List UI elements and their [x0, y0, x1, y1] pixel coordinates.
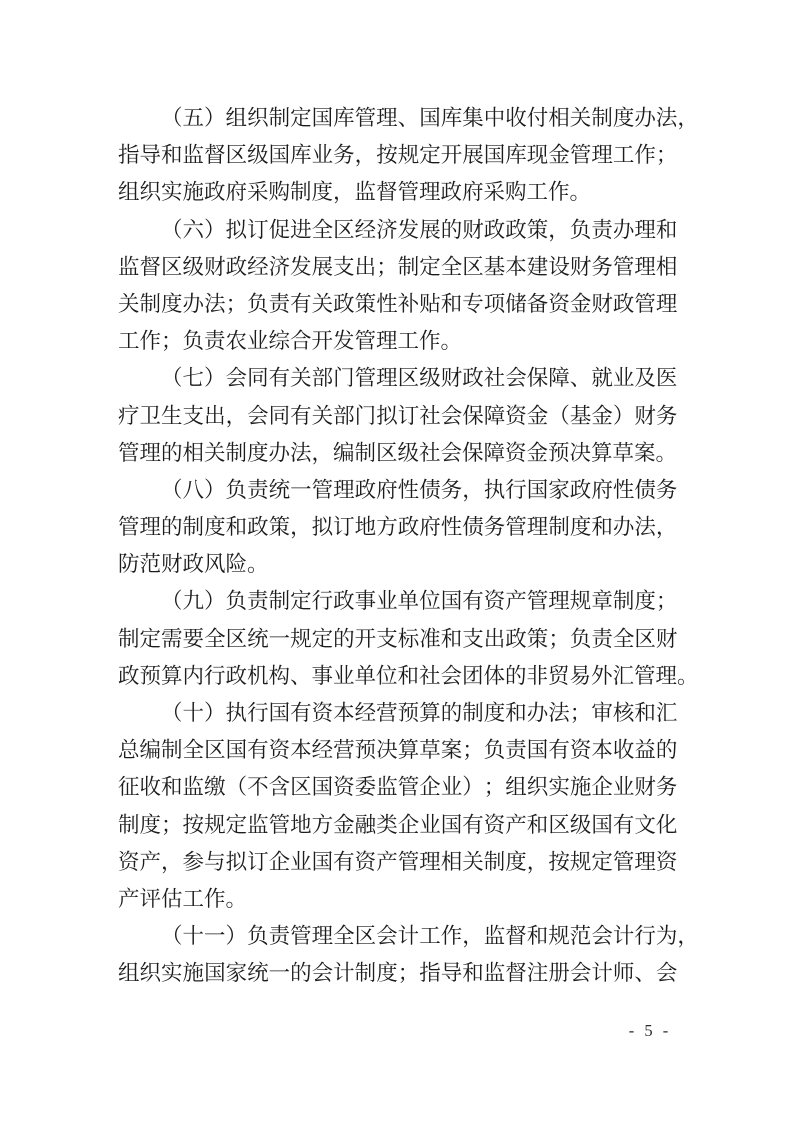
glyph: ； — [161, 807, 183, 844]
glyph: 促 — [269, 212, 291, 249]
glyph: 生 — [161, 398, 183, 435]
glyph: 作 — [441, 918, 463, 955]
glyph: 监 — [247, 807, 269, 844]
glyph: 业 — [613, 360, 635, 397]
glyph: 会 — [505, 360, 527, 397]
glyph: 区 — [634, 621, 656, 658]
glyph: ； — [398, 955, 420, 992]
glyph: 和 — [462, 955, 484, 992]
glyph: 负 — [226, 583, 248, 620]
glyph: 社 — [419, 398, 441, 435]
glyph: ， — [548, 212, 570, 249]
glyph: 执 — [484, 472, 506, 509]
glyph: 编 — [140, 732, 162, 769]
glyph: 级 — [183, 249, 205, 286]
glyph: 政 — [505, 621, 527, 658]
glyph: 有 — [290, 286, 312, 323]
glyph: 债 — [462, 509, 484, 546]
paragraph: （十）执行国有资本经营预算的制度和办法；审核和汇总编制全区国有资本经营预决算草案… — [118, 695, 676, 918]
glyph: 办 — [183, 286, 205, 323]
glyph: 及 — [634, 360, 656, 397]
glyph: 理 — [312, 918, 334, 955]
glyph: （ — [161, 472, 183, 509]
glyph: ； — [548, 621, 570, 658]
glyph: 理 — [527, 509, 549, 546]
glyph: 区 — [548, 807, 570, 844]
glyph: 负 — [247, 918, 269, 955]
glyph: 一 — [290, 472, 312, 509]
glyph: 全 — [441, 249, 463, 286]
glyph: 政 — [484, 212, 506, 249]
text-line: 政预算内行政机构、事业单位和社会团体的非贸易外汇管理。 — [118, 658, 676, 695]
glyph: 责 — [247, 472, 269, 509]
glyph: 八 — [183, 472, 205, 509]
glyph: 产 — [505, 807, 527, 844]
glyph: 区 — [290, 769, 312, 806]
glyph: 策 — [527, 621, 549, 658]
glyph: 国 — [312, 769, 334, 806]
page-number: - 5 - — [612, 1020, 688, 1042]
glyph: 会 — [226, 360, 248, 397]
glyph: 国 — [527, 472, 549, 509]
glyph: 政 — [333, 583, 355, 620]
glyph: ； — [570, 695, 592, 732]
glyph: 财 — [591, 286, 613, 323]
document-page: （五）组织制定国库管理、国库集中收付相关制度办法，指导和监督区级国库业务，按规定… — [0, 0, 793, 1122]
glyph: 国 — [204, 955, 226, 992]
glyph: 和 — [505, 695, 527, 732]
glyph: 保 — [462, 398, 484, 435]
glyph: 性 — [613, 472, 635, 509]
glyph: （ — [161, 695, 183, 732]
glyph: 规 — [398, 137, 420, 174]
glyph: 定 — [419, 137, 441, 174]
glyph: 督 — [505, 955, 527, 992]
glyph: 会 — [312, 955, 334, 992]
text-line: 产评估工作。 — [118, 881, 676, 918]
glyph: 级 — [247, 137, 269, 174]
glyph: 文 — [634, 807, 656, 844]
glyph: 责 — [247, 583, 269, 620]
glyph: 算 — [419, 695, 441, 732]
glyph: 行 — [247, 695, 269, 732]
glyph: 展 — [312, 249, 334, 286]
glyph: 九 — [183, 583, 205, 620]
glyph: 参 — [183, 844, 205, 881]
glyph: 章 — [591, 583, 613, 620]
glyph: 关 — [312, 286, 334, 323]
glyph: 府 — [376, 472, 398, 509]
glyph: 管 — [613, 844, 635, 881]
glyph: 务 — [484, 509, 506, 546]
glyph: 、 — [634, 955, 656, 992]
text-line: 总编制全区国有资本经营预决算草案；负责国有资本收益的 — [118, 732, 676, 769]
glyph: 国 — [419, 100, 441, 137]
glyph: 按 — [183, 807, 205, 844]
glyph: 相 — [656, 249, 678, 286]
glyph: 财 — [441, 360, 463, 397]
glyph: 进 — [290, 212, 312, 249]
glyph: 设 — [548, 249, 570, 286]
glyph: 本 — [290, 732, 312, 769]
glyph: 财 — [570, 249, 592, 286]
glyph: 位 — [419, 583, 441, 620]
glyph: 府 — [419, 509, 441, 546]
glyph: 五 — [183, 100, 205, 137]
glyph: 有 — [462, 807, 484, 844]
glyph: 业 — [441, 769, 463, 806]
glyph: 十 — [183, 695, 205, 732]
glyph: 和 — [226, 509, 248, 546]
glyph: 资 — [484, 583, 506, 620]
glyph: 制 — [118, 807, 140, 844]
glyph: 疗 — [118, 398, 140, 435]
glyph: 贴 — [419, 286, 441, 323]
glyph: 有 — [613, 807, 635, 844]
glyph: 济 — [269, 249, 291, 286]
text-line: 制定需要全区统一规定的开支标准和支出政策；负责全区财 — [118, 621, 676, 658]
glyph: 度 — [140, 807, 162, 844]
glyph: 统 — [247, 955, 269, 992]
glyph: 一 — [204, 918, 226, 955]
glyph: ， — [677, 918, 699, 955]
glyph: 国 — [441, 583, 463, 620]
glyph: 制 — [548, 509, 570, 546]
glyph: 的 — [441, 212, 463, 249]
glyph: 策 — [355, 286, 377, 323]
glyph: 企 — [269, 844, 291, 881]
glyph: 资 — [333, 769, 355, 806]
text-line: 组织实施国家统一的会计制度；指导和监督注册会计师、会 — [118, 955, 676, 992]
glyph: 织 — [247, 100, 269, 137]
glyph: 有 — [290, 398, 312, 435]
glyph: 备 — [527, 286, 549, 323]
glyph: ， — [462, 472, 484, 509]
glyph: 金 — [548, 137, 570, 174]
text-line: 指导和监督区级国库业务，按规定开展国库现金管理工作； — [118, 137, 676, 174]
glyph: 六 — [183, 212, 205, 249]
glyph: 资 — [118, 844, 140, 881]
glyph: 融 — [355, 807, 377, 844]
glyph: 金 — [527, 398, 549, 435]
glyph: 务 — [591, 249, 613, 286]
glyph: 和 — [527, 807, 549, 844]
glyph: 施 — [570, 769, 592, 806]
glyph: 指 — [118, 137, 140, 174]
glyph: 制 — [269, 583, 291, 620]
glyph: 度 — [484, 695, 506, 732]
glyph: 度 — [613, 100, 635, 137]
glyph: 度 — [161, 286, 183, 323]
glyph: 关 — [570, 100, 592, 137]
glyph: 执 — [226, 695, 248, 732]
glyph: 集 — [462, 100, 484, 137]
glyph: 导 — [140, 137, 162, 174]
glyph: （ — [161, 212, 183, 249]
glyph: 务 — [656, 398, 678, 435]
glyph: 一 — [269, 621, 291, 658]
glyph: ， — [527, 844, 549, 881]
glyph: 关 — [312, 398, 334, 435]
glyph: ， — [677, 100, 699, 137]
glyph: 收 — [505, 100, 527, 137]
glyph: 全 — [613, 621, 635, 658]
glyph: 和 — [161, 769, 183, 806]
glyph: 监 — [183, 137, 205, 174]
glyph: 织 — [527, 769, 549, 806]
glyph: 资 — [656, 844, 678, 881]
glyph: 师 — [613, 955, 635, 992]
glyph: 本 — [591, 732, 613, 769]
glyph: 国 — [226, 732, 248, 769]
glyph: 国 — [312, 844, 334, 881]
glyph: 收 — [140, 769, 162, 806]
glyph: 法 — [634, 509, 656, 546]
glyph: （ — [161, 100, 183, 137]
glyph: 监 — [376, 769, 398, 806]
glyph: 政 — [247, 509, 269, 546]
glyph: 按 — [376, 137, 398, 174]
glyph: 案 — [441, 732, 463, 769]
glyph: 管 — [527, 583, 549, 620]
glyph: 管 — [398, 844, 420, 881]
glyph: 责 — [269, 918, 291, 955]
glyph: 出 — [204, 398, 226, 435]
text-line: （六）拟订促进全区经济发展的财政政策，负责办理和 — [118, 212, 676, 249]
glyph: 企 — [591, 769, 613, 806]
glyph: 本 — [333, 695, 355, 732]
glyph: 决 — [376, 732, 398, 769]
glyph: 基 — [484, 249, 506, 286]
glyph: 化 — [656, 807, 678, 844]
glyph: 行 — [634, 918, 656, 955]
glyph: 项 — [484, 286, 506, 323]
glyph: 范 — [570, 918, 592, 955]
text-line: （八）负责统一管理政府性债务，执行国家政府性债务 — [118, 472, 676, 509]
glyph: 需 — [161, 621, 183, 658]
glyph: 财 — [204, 249, 226, 286]
glyph: 要 — [183, 621, 205, 658]
glyph: 拟 — [226, 212, 248, 249]
glyph: 障 — [548, 360, 570, 397]
glyph: 管 — [398, 769, 420, 806]
text-line: 监督区级财政经济发展支出；制定全区基本建设财务管理相 — [118, 249, 676, 286]
glyph: 管 — [118, 509, 140, 546]
glyph: 务 — [441, 472, 463, 509]
glyph: 和 — [634, 695, 656, 732]
glyph: 资 — [570, 732, 592, 769]
text-line: （十）执行国有资本经营预算的制度和办法；审核和汇 — [118, 695, 676, 732]
glyph: ） — [204, 583, 226, 620]
glyph: 度 — [505, 844, 527, 881]
glyph: 益 — [634, 732, 656, 769]
glyph: ； — [656, 583, 678, 620]
glyph: 政 — [570, 472, 592, 509]
glyph: 资 — [355, 844, 377, 881]
glyph: 总 — [118, 732, 140, 769]
glyph: 务 — [656, 472, 678, 509]
text-line: 工作；负责农业综合开发管理工作。 — [118, 323, 676, 360]
glyph: 资 — [269, 732, 291, 769]
glyph: ） — [204, 212, 226, 249]
glyph: 办 — [634, 100, 656, 137]
glyph: 理 — [634, 844, 656, 881]
glyph: 和 — [656, 212, 678, 249]
glyph: 按 — [548, 844, 570, 881]
glyph: 政 — [505, 212, 527, 249]
glyph: 同 — [269, 398, 291, 435]
glyph: 会 — [441, 398, 463, 435]
glyph: 营 — [376, 695, 398, 732]
glyph: 部 — [312, 360, 334, 397]
glyph: 政 — [226, 249, 248, 286]
glyph: 营 — [333, 732, 355, 769]
glyph: 法 — [204, 286, 226, 323]
glyph: 债 — [634, 472, 656, 509]
glyph: 制 — [613, 583, 635, 620]
text-line: （十一）负责管理全区会计工作，监督和规范会计行为， — [118, 918, 676, 955]
glyph: 计 — [613, 918, 635, 955]
glyph: 草 — [419, 732, 441, 769]
glyph: 订 — [247, 212, 269, 249]
glyph: 资 — [484, 807, 506, 844]
glyph: 企 — [419, 769, 441, 806]
text-line: 疗卫生支出，会同有关部门拟订社会保障资金（基金）财务 — [118, 398, 676, 435]
glyph: 审 — [591, 695, 613, 732]
glyph: 的 — [333, 621, 355, 658]
glyph: 家 — [548, 472, 570, 509]
glyph: 库 — [290, 137, 312, 174]
glyph: 级 — [570, 807, 592, 844]
glyph: 业 — [419, 807, 441, 844]
glyph: 规 — [570, 583, 592, 620]
glyph: 储 — [505, 286, 527, 323]
glyph: 管 — [634, 286, 656, 323]
glyph: 理 — [140, 509, 162, 546]
glyph: 管 — [269, 807, 291, 844]
glyph: 工 — [613, 137, 635, 174]
glyph: 展 — [419, 212, 441, 249]
glyph: 不 — [247, 769, 269, 806]
glyph: 国 — [527, 732, 549, 769]
glyph: 核 — [613, 695, 635, 732]
glyph: ， — [355, 137, 377, 174]
glyph: 债 — [419, 472, 441, 509]
glyph: 关 — [290, 360, 312, 397]
glyph: 责 — [591, 212, 613, 249]
glyph: ， — [226, 398, 248, 435]
glyph: ） — [204, 100, 226, 137]
glyph: 计 — [398, 918, 420, 955]
glyph: 订 — [398, 398, 420, 435]
glyph: 理 — [591, 137, 613, 174]
glyph: 发 — [398, 212, 420, 249]
glyph: 会 — [570, 955, 592, 992]
glyph: 度 — [204, 509, 226, 546]
glyph: 计 — [333, 955, 355, 992]
glyph: 预 — [398, 695, 420, 732]
glyph: 缴 — [204, 769, 226, 806]
glyph: （ — [161, 918, 183, 955]
glyph: 会 — [247, 398, 269, 435]
glyph: 会 — [591, 918, 613, 955]
glyph: ） — [204, 472, 226, 509]
glyph: 定 — [591, 844, 613, 881]
glyph: 行 — [505, 472, 527, 509]
glyph: 国 — [269, 695, 291, 732]
glyph: 和 — [591, 509, 613, 546]
paragraph: （八）负责统一管理政府性债务，执行国家政府性债务管理的制度和政策，拟订地方政府性… — [118, 472, 676, 584]
glyph: 有 — [333, 844, 355, 881]
glyph: 资 — [312, 695, 334, 732]
glyph: 组 — [118, 955, 140, 992]
glyph: 务 — [333, 137, 355, 174]
glyph: 同 — [247, 360, 269, 397]
glyph: 就 — [591, 360, 613, 397]
glyph: ） — [204, 360, 226, 397]
glyph: 业 — [312, 137, 334, 174]
text-line: （九）负责制定行政事业单位国有资产管理规章制度； — [118, 583, 676, 620]
glyph: 度 — [570, 509, 592, 546]
glyph: 法 — [548, 695, 570, 732]
glyph: ） — [613, 398, 635, 435]
glyph: 卫 — [140, 398, 162, 435]
glyph: 部 — [333, 398, 355, 435]
glyph: ） — [204, 695, 226, 732]
glyph: 定 — [140, 621, 162, 658]
glyph: 政 — [462, 360, 484, 397]
glyph: 注 — [527, 955, 549, 992]
glyph: 地 — [290, 807, 312, 844]
glyph: 金 — [570, 286, 592, 323]
glyph: 理 — [419, 844, 441, 881]
glyph: ， — [161, 844, 183, 881]
glyph: 开 — [441, 137, 463, 174]
glyph: ） — [226, 918, 248, 955]
glyph: 负 — [484, 732, 506, 769]
glyph: 委 — [355, 769, 377, 806]
glyph: 规 — [570, 844, 592, 881]
glyph: 经 — [355, 212, 377, 249]
glyph: 行 — [312, 583, 334, 620]
glyph: 责 — [591, 621, 613, 658]
glyph: 制 — [355, 955, 377, 992]
glyph: 经 — [355, 695, 377, 732]
glyph: 工 — [419, 918, 441, 955]
glyph: 相 — [548, 100, 570, 137]
glyph: 区 — [462, 249, 484, 286]
glyph: 定 — [312, 621, 334, 658]
text-line: 管理的制度和政策，拟订地方政府性债务管理制度和办法， — [118, 509, 676, 546]
glyph: 监 — [183, 769, 205, 806]
glyph: 财 — [634, 398, 656, 435]
glyph: 组 — [505, 769, 527, 806]
glyph: 基 — [570, 398, 592, 435]
glyph: 国 — [591, 807, 613, 844]
glyph: 作 — [634, 137, 656, 174]
glyph: 金 — [591, 398, 613, 435]
glyph: 、 — [570, 360, 592, 397]
glyph: 性 — [376, 286, 398, 323]
glyph: 务 — [656, 769, 678, 806]
glyph: 管 — [613, 249, 635, 286]
glyph: 性 — [398, 472, 420, 509]
glyph: （ — [548, 398, 570, 435]
glyph: 标 — [398, 621, 420, 658]
glyph: 督 — [204, 137, 226, 174]
glyph: 制 — [118, 621, 140, 658]
glyph: 展 — [462, 137, 484, 174]
